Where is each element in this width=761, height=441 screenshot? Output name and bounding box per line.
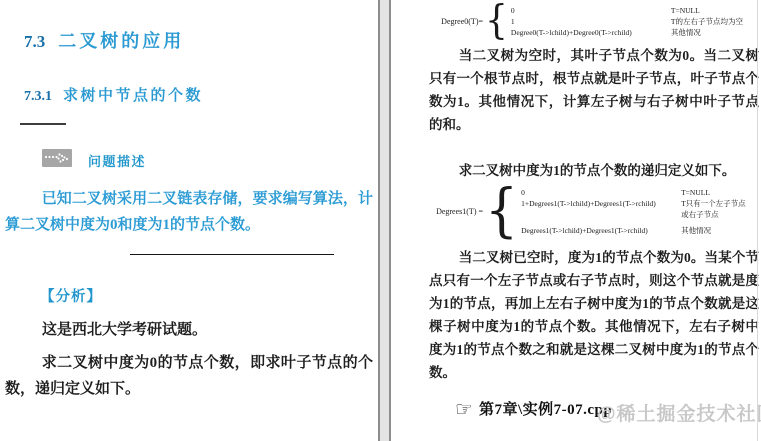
case-expression: 1 — [511, 16, 671, 27]
analysis-paragraph: 这是西北大学考研试题。 — [42, 318, 207, 339]
right-page: Degree0(T)= { 0 T=NULL 1 T的左右子节点均为空 Degr… — [391, 0, 761, 441]
page-separator — [378, 0, 391, 441]
case-expression: Degrees1(T->lchild)+Degrees1(T->rchild) — [521, 225, 681, 236]
brace-glyph: { — [485, 1, 508, 41]
case-condition: 其他情况 — [681, 225, 761, 236]
dotted-arrow-icon — [42, 149, 72, 172]
problem-description-text: 已知二叉树采用二叉链表存储，要求编写算法，计算二叉树中度为0和度为1的节点个数。 — [5, 186, 373, 238]
example-file-reference: ☞ 第7章\实例7-07.cpp — [455, 398, 612, 419]
watermark-text: @稀土掘金技术社区 — [597, 399, 761, 426]
formula-case-row: 1 T的左右子节点均为空 — [511, 16, 761, 27]
section-heading: 7.3二叉树的应用 — [24, 27, 184, 53]
case-expression: 1+Degrees1(T->lchild)+Degrees1(T->rchild… — [521, 198, 681, 209]
case-condition: T的左右子节点均为空 — [671, 16, 761, 27]
formula-case-row: Degree0(T->lchild)+Degree0(T->rchild) 其他… — [511, 27, 761, 38]
pointing-hand-icon: ☞ — [455, 399, 473, 419]
subsection-heading: 7.3.1求树中节点的个数 — [24, 84, 203, 105]
problem-callout-label: 问题描述 — [88, 151, 146, 170]
subsection-title: 求树中节点的个数 — [63, 88, 203, 104]
formula-cases: 0 T=NULL 1 T的左右子节点均为空 Degree0(T->lchild)… — [511, 5, 761, 38]
case-condition: T只有一个左子节点 或右子节点 — [681, 198, 761, 220]
case-condition: 其他情况 — [671, 27, 761, 38]
case-condition: T=NULL — [681, 187, 761, 198]
case-expression: Degree0(T->lchild)+Degree0(T->rchild) — [511, 27, 671, 38]
formula-cases: 0 T=NULL 1+Degrees1(T->lchild)+Degrees1(… — [521, 187, 761, 236]
body-paragraph: 当二叉树已空时，度为1的节点个数为0。当某个节点只有一个左子节点或右子节点时，则… — [429, 246, 759, 384]
formula-degrees1: Degrees1(T) = { 0 T=NULL 1+Degrees1(T->l… — [411, 185, 761, 237]
section-number: 7.3 — [24, 32, 45, 51]
section-title: 二叉树的应用 — [58, 31, 184, 51]
problem-callout: 问题描述 — [42, 149, 146, 172]
body-paragraph: 当二叉树为空时，其叶子节点个数为0。当二叉树只有一个根节点时，根节点就是叶子节点… — [429, 44, 759, 136]
case-expression: 0 — [511, 5, 671, 16]
brace-glyph: { — [485, 182, 518, 240]
body-paragraph: 求二叉树中度为1的节点个数的递归定义如下。 — [429, 159, 759, 182]
formula-case-row: Degrees1(T->lchild)+Degrees1(T->rchild) … — [521, 225, 761, 236]
formula-case-row: 0 T=NULL — [511, 5, 761, 16]
file-reference-text: 第7章\实例7-07.cpp — [479, 398, 612, 419]
formula-case-row: 1+Degrees1(T->lchild)+Degrees1(T->rchild… — [521, 198, 761, 220]
case-expression: 0 — [521, 187, 681, 198]
left-page: 7.3二叉树的应用 7.3.1求树中节点的个数 问题描述 已知二叉树采用二叉链表… — [0, 0, 378, 441]
formula-degree0: Degree0(T)= { 0 T=NULL 1 T的左右子节点均为空 Degr… — [411, 3, 761, 39]
analysis-paragraph: 求二叉树中度为0的节点个数，即求叶子节点的个数，递归定义如下。 — [5, 350, 373, 402]
page-edge-line — [757, 0, 758, 441]
case-condition: T=NULL — [671, 5, 761, 16]
subsection-number: 7.3.1 — [24, 89, 52, 104]
short-rule — [20, 123, 66, 125]
divider-rule — [130, 254, 334, 255]
formula-lhs: Degrees1(T) = — [411, 207, 483, 216]
formula-case-row: 0 T=NULL — [521, 187, 761, 198]
analysis-heading: 【分析】 — [40, 285, 102, 306]
formula-lhs: Degree0(T)= — [411, 17, 483, 26]
